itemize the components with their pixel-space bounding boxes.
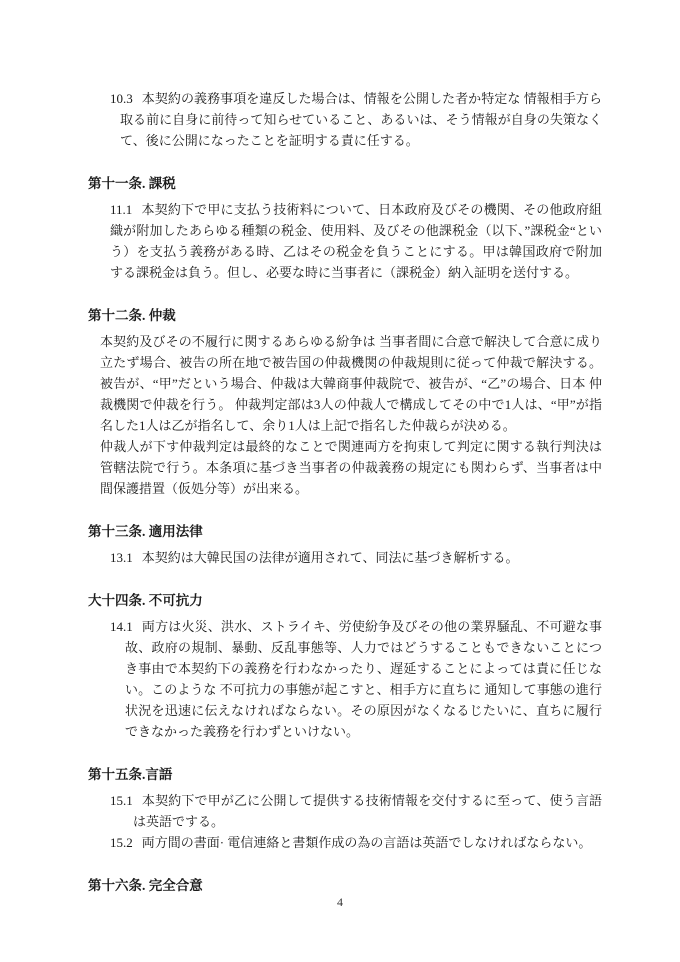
article-15-heading: 第十五条.言語 bbox=[88, 764, 602, 785]
clause-text: 本契約は大韓民国の法律が適用されて、同法に基づき解析する。 bbox=[142, 550, 519, 565]
clause-11-1: 11.1本契約下で甲に支払う技術料について、日本政府及びその機関、その他政府組織… bbox=[88, 199, 602, 283]
article-11-heading: 第十一条. 課税 bbox=[88, 173, 602, 194]
article-16-heading: 第十六条. 完全合意 bbox=[88, 875, 602, 896]
clause-number: 15.1 bbox=[110, 793, 133, 808]
clause-14-1: 14.1両方は火災、洪水、ストライキ、労使紛争及びその他の業界騒乱、不可避な事故… bbox=[88, 616, 602, 742]
contract-text: 10.3本契約の義務事項を違反した場合は、情報を公開した者か特定な 情報相手方ら… bbox=[88, 88, 602, 901]
article-13-heading: 第十三条. 適用法律 bbox=[88, 521, 602, 542]
clause-text: 両方間の書面· 電信連絡と書類作成の為の言語は英語でしなければならない。 bbox=[142, 835, 592, 850]
clause-10-3: 10.3本契約の義務事項を違反した場合は、情報を公開した者か特定な 情報相手方ら… bbox=[88, 88, 602, 151]
article-12-heading: 第十二条. 仲裁 bbox=[88, 305, 602, 326]
clause-text: 両方は火災、洪水、ストライキ、労使紛争及びその他の業界騒乱、不可避な事故、政府の… bbox=[125, 619, 602, 739]
clause-text: 本契約下で甲が乙に公開して提供する技術情報を交付するに至って、使う言語は英語です… bbox=[133, 793, 602, 829]
article-12-paragraph-1: 本契約及びその不履行に関するあらゆる紛争は 当事者間に合意で解決して合意に成り立… bbox=[88, 331, 602, 436]
clause-15-2: 15.2両方間の書面· 電信連絡と書類作成の為の言語は英語でしなければならない。 bbox=[88, 832, 602, 853]
article-12-paragraph-2: 仲裁人が下す仲裁判定は最終的なことで関連両方を拘束して判定に関する執行判決は管轄… bbox=[88, 436, 602, 499]
clause-number: 10.3 bbox=[110, 91, 133, 106]
clause-15-1: 15.1本契約下で甲が乙に公開して提供する技術情報を交付するに至って、使う言語は… bbox=[88, 790, 602, 832]
clause-number: 11.1 bbox=[110, 202, 132, 217]
document-page: 10.3本契約の義務事項を違反した場合は、情報を公開した者か特定な 情報相手方ら… bbox=[0, 0, 680, 962]
clause-number: 13.1 bbox=[110, 550, 133, 565]
clause-13-1: 13.1本契約は大韓民国の法律が適用されて、同法に基づき解析する。 bbox=[88, 547, 602, 568]
page-number: 4 bbox=[0, 895, 680, 910]
clause-number: 14.1 bbox=[110, 619, 133, 634]
article-14-heading: 大十四条. 不可抗力 bbox=[88, 590, 602, 611]
clause-text: 本契約の義務事項を違反した場合は、情報を公開した者か特定な 情報相手方ら取る前に… bbox=[120, 91, 602, 148]
clause-number: 15.2 bbox=[110, 835, 133, 850]
clause-text: 本契約下で甲に支払う技術料について、日本政府及びその機関、その他政府組織が附加し… bbox=[110, 202, 602, 280]
